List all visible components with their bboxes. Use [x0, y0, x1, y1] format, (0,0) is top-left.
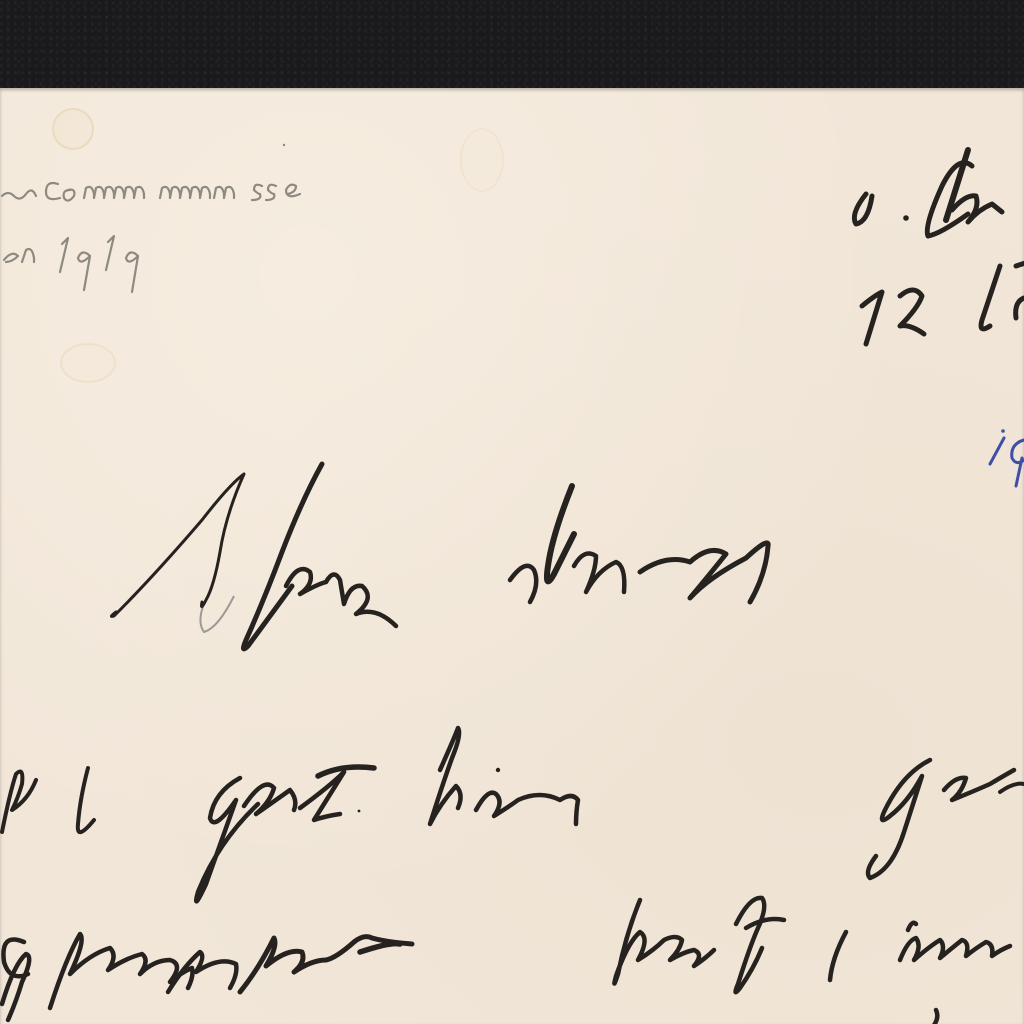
document-scan: …commissie …en 1919 's Gra… 12 O… 19…	[0, 0, 1024, 1024]
paper-stain	[52, 108, 94, 150]
scanner-backdrop	[0, 0, 1024, 88]
paper-stain	[60, 343, 116, 383]
letter-paper	[0, 88, 1024, 1024]
paper-stain	[460, 128, 504, 192]
